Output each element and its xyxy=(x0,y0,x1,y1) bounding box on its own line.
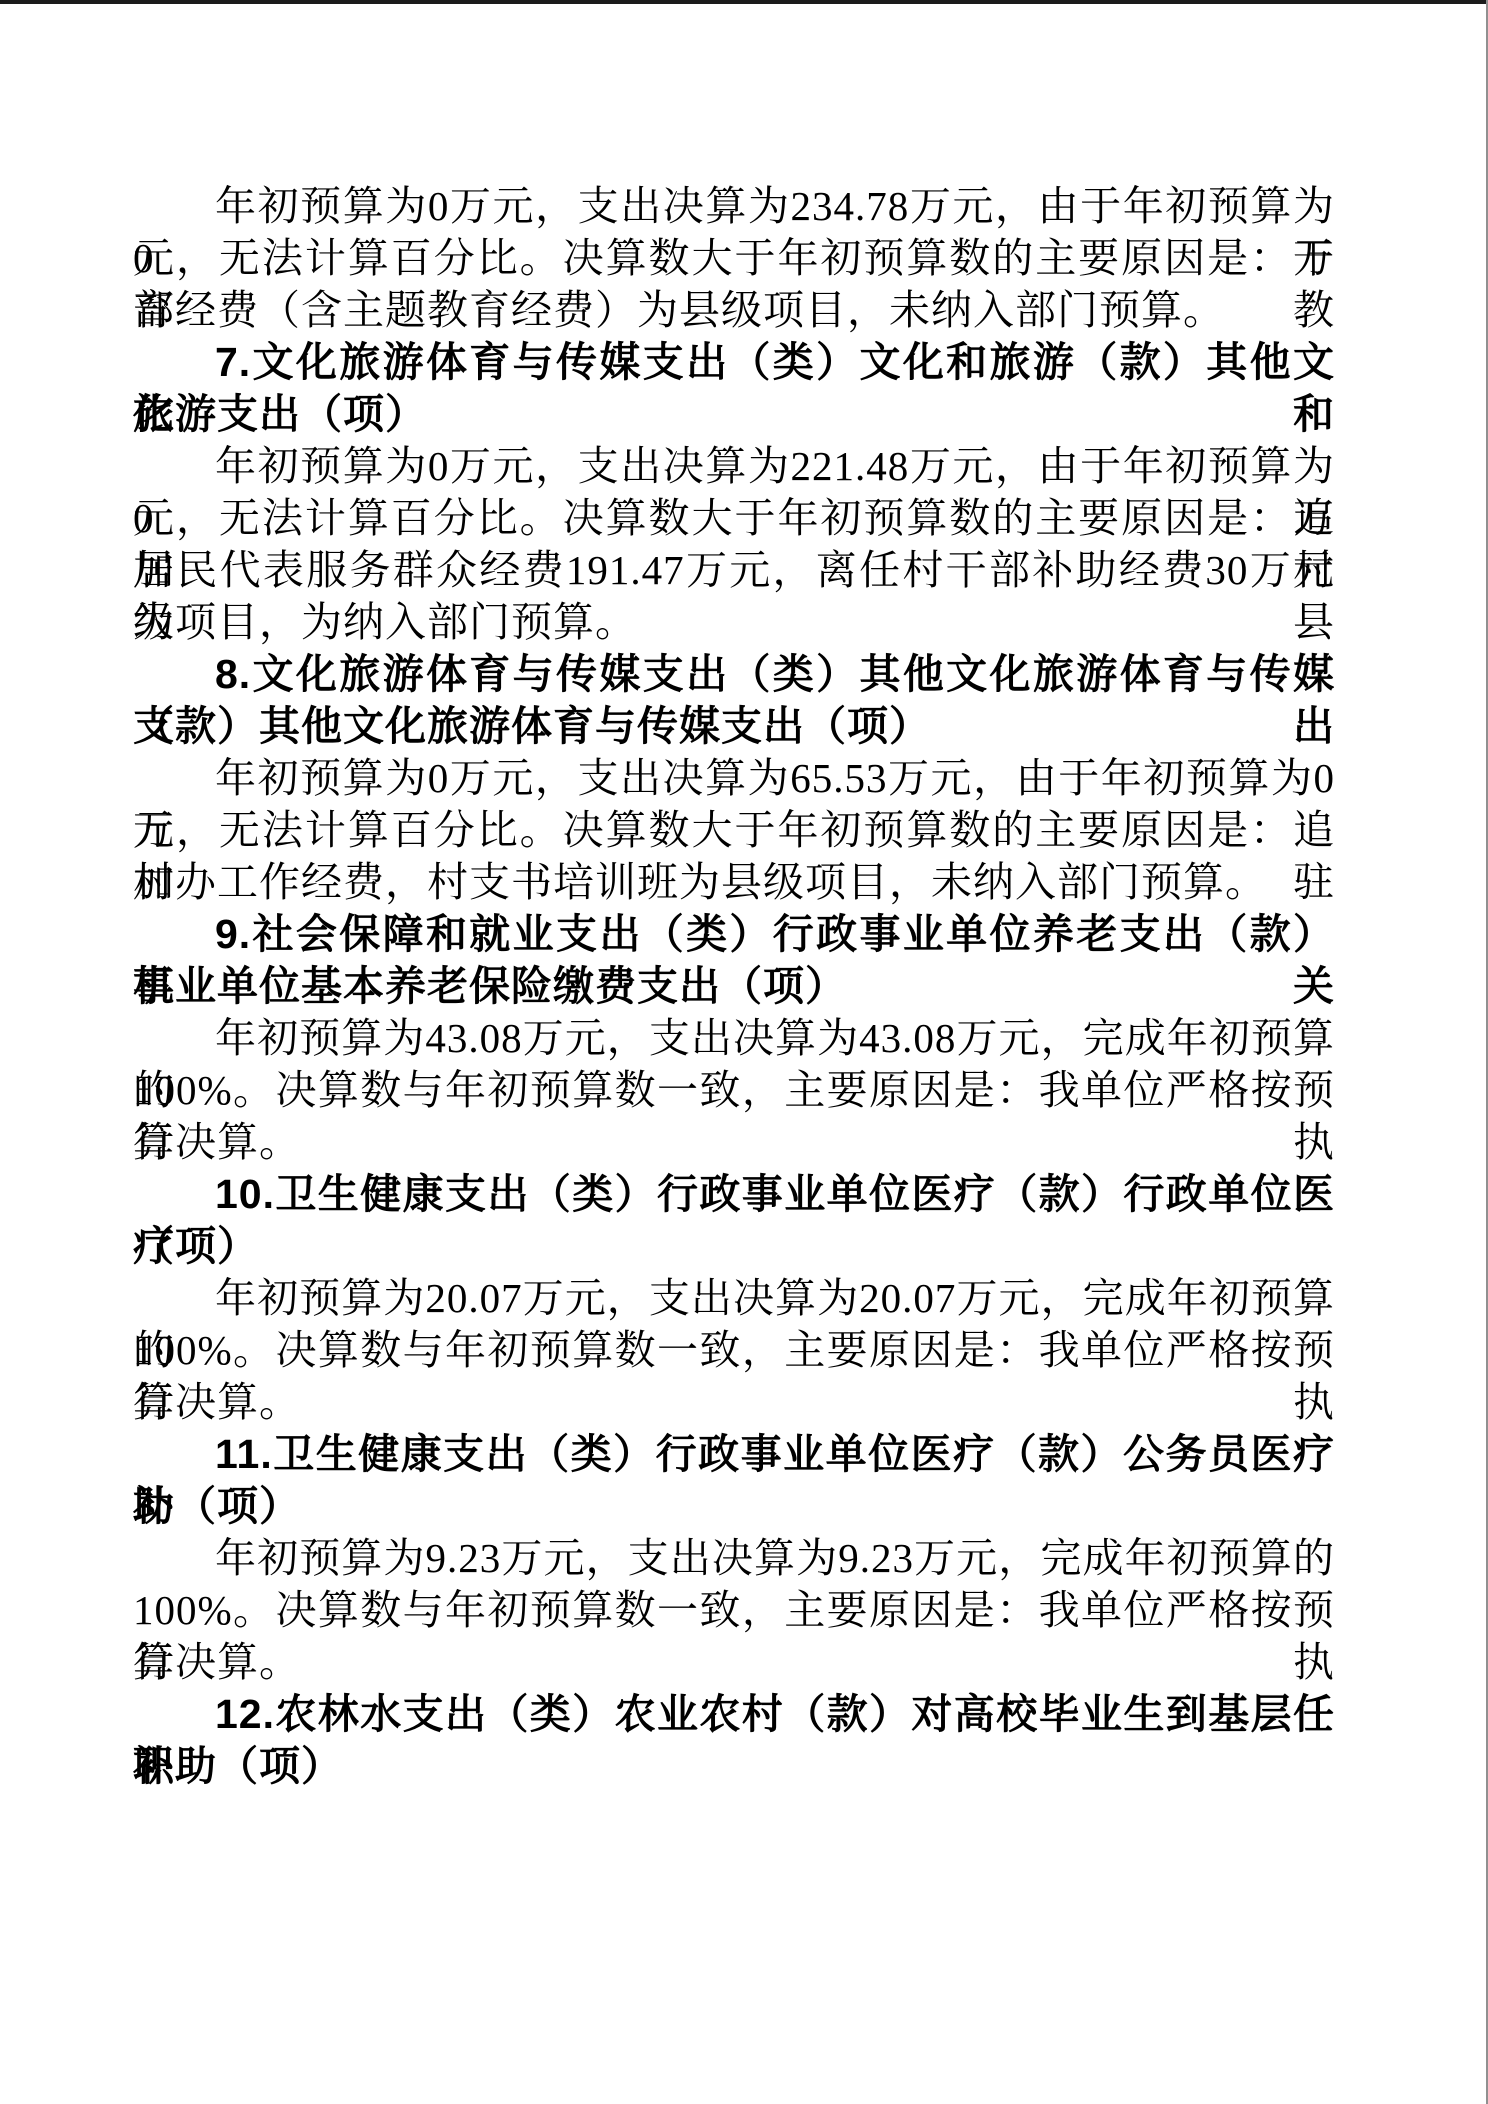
text-line: 元，无法计算百分比。决算数大于年初预算数的主要原因是：追加驻 xyxy=(133,804,1335,856)
text-line: 100%。决算数与年初预算数一致，主要原因是：我单位严格按预算执 xyxy=(133,1324,1335,1376)
text-line: 年初预算为43.08万元，支出决算为43.08万元，完成年初预算的 xyxy=(133,1012,1335,1064)
body-paragraph: 年初预算为9.23万元，支出决算为9.23万元，完成年初预算的100%。决算数与… xyxy=(133,1532,1335,1688)
text-line: 100%。决算数与年初预算数一致，主要原因是：我单位严格按预算执 xyxy=(133,1064,1335,1116)
text-line: 元，无法计算百分比。决算数大于年初预算数的主要原因是：干部教 xyxy=(133,232,1335,284)
text-line: 助（项） xyxy=(133,1480,1335,1532)
document-page-content: 年初预算为0万元，支出决算为234.78万元，由于年初预算为0万元，无法计算百分… xyxy=(133,180,1335,1792)
body-paragraph: 年初预算为0万元，支出决算为65.53万元，由于年初预算为0万元，无法计算百分比… xyxy=(133,752,1335,908)
section-heading: 9.社会保障和就业支出（类）行政事业单位养老支出（款）机关事业单位基本养老保险缴… xyxy=(133,908,1335,1012)
text-line: 年初预算为20.07万元，支出决算为20.07万元，完成年初预算的 xyxy=(133,1272,1335,1324)
text-line: 年初预算为9.23万元，支出决算为9.23万元，完成年初预算的 xyxy=(133,1532,1335,1584)
text-line: 10.卫生健康支出（类）行政事业单位医疗（款）行政单位医疗 xyxy=(133,1168,1335,1220)
text-line: 7.文化旅游体育与传媒支出（类）文化和旅游（款）其他文化和 xyxy=(133,336,1335,388)
body-paragraph: 年初预算为43.08万元，支出决算为43.08万元，完成年初预算的100%。决算… xyxy=(133,1012,1335,1168)
section-heading: 12.农林水支出（类）农业农村（款）对高校毕业生到基层任职补助（项） xyxy=(133,1688,1335,1792)
text-line: 育经费（含主题教育经费）为县级项目，未纳入部门预算。 xyxy=(133,284,1335,336)
text-line: 元，无法计算百分比。决算数大于年初预算数的主要原因是：追加村 xyxy=(133,492,1335,544)
text-line: 居民代表服务群众经费191.47万元，离任村干部补助经费30万元为县 xyxy=(133,544,1335,596)
text-line: 8.文化旅游体育与传媒支出（类）其他文化旅游体育与传媒支出 xyxy=(133,648,1335,700)
text-line: （项） xyxy=(133,1220,1335,1272)
text-line: 100%。决算数与年初预算数一致，主要原因是：我单位严格按预算执 xyxy=(133,1584,1335,1636)
section-heading: 11.卫生健康支出（类）行政事业单位医疗（款）公务员医疗补助（项） xyxy=(133,1428,1335,1532)
text-line: 12.农林水支出（类）农业农村（款）对高校毕业生到基层任职 xyxy=(133,1688,1335,1740)
body-paragraph: 年初预算为0万元，支出决算为234.78万元，由于年初预算为0万元，无法计算百分… xyxy=(133,180,1335,336)
text-line: 11.卫生健康支出（类）行政事业单位医疗（款）公务员医疗补 xyxy=(133,1428,1335,1480)
body-paragraph: 年初预算为0万元，支出决算为221.48万元，由于年初预算为0万元，无法计算百分… xyxy=(133,440,1335,648)
section-heading: 10.卫生健康支出（类）行政事业单位医疗（款）行政单位医疗（项） xyxy=(133,1168,1335,1272)
section-heading: 7.文化旅游体育与传媒支出（类）文化和旅游（款）其他文化和旅游支出（项） xyxy=(133,336,1335,440)
scan-artifact-top-edge xyxy=(0,0,1488,4)
text-line: 补助（项） xyxy=(133,1740,1335,1792)
body-paragraph: 年初预算为20.07万元，支出决算为20.07万元，完成年初预算的100%。决算… xyxy=(133,1272,1335,1428)
text-line: 年初预算为0万元，支出决算为65.53万元，由于年初预算为0万 xyxy=(133,752,1335,804)
text-line: 年初预算为0万元，支出决算为234.78万元，由于年初预算为0万 xyxy=(133,180,1335,232)
text-line: 9.社会保障和就业支出（类）行政事业单位养老支出（款）机关 xyxy=(133,908,1335,960)
text-line: 村办工作经费，村支书培训班为县级项目，未纳入部门预算。 xyxy=(133,856,1335,908)
text-line: 年初预算为0万元，支出决算为221.48万元，由于年初预算为0万 xyxy=(133,440,1335,492)
section-heading: 8.文化旅游体育与传媒支出（类）其他文化旅游体育与传媒支出（款）其他文化旅游体育… xyxy=(133,648,1335,752)
